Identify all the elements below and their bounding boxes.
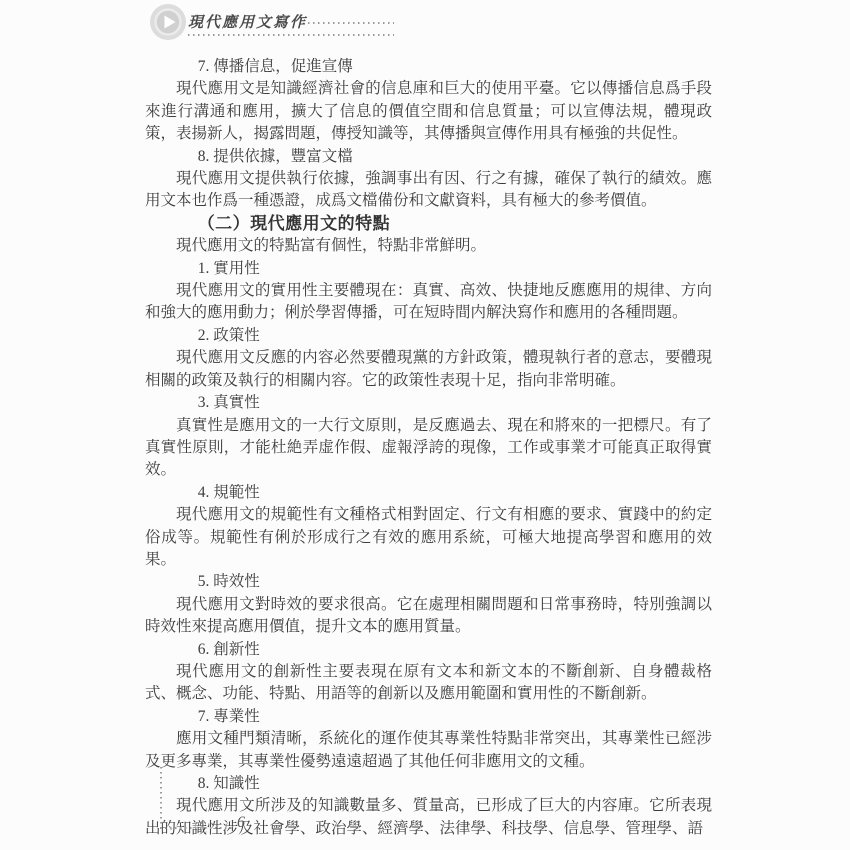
numbered-heading: 7. 傳播信息，促進宣傳 bbox=[145, 56, 712, 78]
numbered-heading: 6. 創新性 bbox=[145, 639, 712, 661]
page-body: 7. 傳播信息，促進宣傳現代應用文是知識經濟社會的信息庫和巨大的使用平臺。它以傳… bbox=[145, 56, 712, 840]
header-dotted-line-bottom bbox=[188, 34, 394, 36]
numbered-heading: 8. 知識性 bbox=[145, 773, 712, 795]
numbered-heading: 5. 時效性 bbox=[145, 571, 712, 593]
running-head-title: 現代應用文寫作 bbox=[188, 11, 307, 32]
paragraph: 現代應用文的規範性有文種格式相對固定、行文有相應的要求、實踐中的約定俗成等。規範… bbox=[145, 504, 712, 571]
paragraph: 現代應用文所涉及的知識數量多、質量高，已形成了巨大的内容庫。它所表現出的知識性涉… bbox=[145, 795, 712, 840]
header-dotted-line-top bbox=[308, 22, 394, 24]
paragraph: 現代應用文反應的内容必然要體現黨的方針政策，體現執行者的意志，要體現相關的政策及… bbox=[145, 347, 712, 392]
numbered-heading: 8. 提供依據，豐富文檔 bbox=[145, 146, 712, 168]
numbered-heading: 3. 真實性 bbox=[145, 392, 712, 414]
numbered-heading: 4. 規範性 bbox=[145, 482, 712, 504]
paragraph: 現代應用文的實用性主要體現在：真實、高效、快捷地反應應用的規律、方向和強大的應用… bbox=[145, 280, 712, 325]
paragraph: 現代應用文對時效的要求很高。它在處理相關問題和日常事務時，特別強調以時效性來提高… bbox=[145, 594, 712, 639]
footer-dotted-line-horizontal bbox=[160, 827, 234, 829]
numbered-heading: 1. 實用性 bbox=[145, 258, 712, 280]
paragraph: 真實性是應用文的一大行文原則，是反應過去、現在和將來的一把標尺。有了真實性原則，… bbox=[145, 415, 712, 482]
play-icon bbox=[150, 4, 186, 40]
paragraph: 現代應用文提供執行依據，強調事出有因、行之有據，確保了執行的績效。應用文本也作爲… bbox=[145, 168, 712, 213]
paragraph: 現代應用文的特點富有個性，特點非常鮮明。 bbox=[145, 235, 712, 257]
section-heading: （二）現代應用文的特點 bbox=[145, 213, 712, 235]
page-number: 6 bbox=[237, 814, 245, 832]
paragraph: 現代應用文是知識經濟社會的信息庫和巨大的使用平臺。它以傳播信息爲手段來進行溝通和… bbox=[145, 78, 712, 145]
numbered-heading: 7. 專業性 bbox=[145, 706, 712, 728]
footer-dotted-line-vertical bbox=[160, 767, 162, 828]
book-page: 現代應用文寫作 7. 傳播信息，促進宣傳現代應用文是知識經濟社會的信息庫和巨大的… bbox=[0, 0, 850, 850]
paragraph: 現代應用文的創新性主要表現在原有文本和新文本的不斷創新、自身體裁格式、概念、功能… bbox=[145, 661, 712, 706]
paragraph: 應用文種門類清晰，系統化的運作使其專業性特點非常突出，其專業性已經涉及更多專業，… bbox=[145, 728, 712, 773]
numbered-heading: 2. 政策性 bbox=[145, 325, 712, 347]
